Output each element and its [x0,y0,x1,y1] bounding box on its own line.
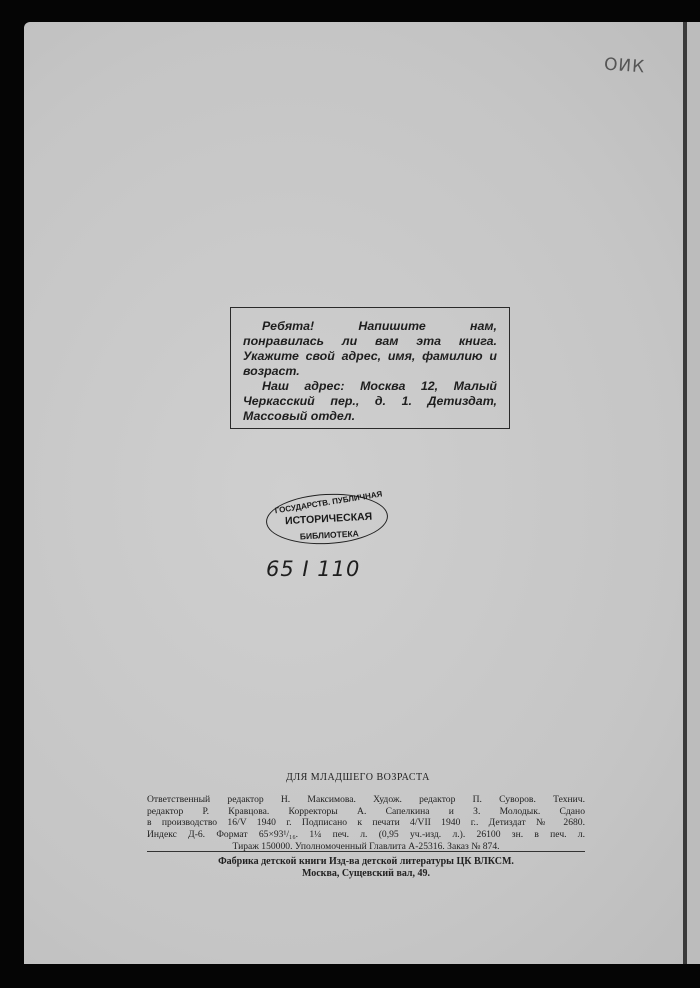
colophon-line: редактор Р. Кравцова. Корректоры А. Сапе… [147,806,585,818]
printer-info: Фабрика детской книги Изд-ва детской лит… [147,856,585,880]
facing-page-edge [687,22,700,964]
handwritten-note: ОИК [603,55,645,78]
stamp-line-middle: ИСТОРИЧЕСКАЯ [285,511,373,528]
stamp-line-bottom: БИБЛИОТЕКА [300,528,359,541]
colophon-line: Ответственный редактор Н. Максимова. Худ… [147,794,585,806]
colophon-line: Индекс Д-6. Формат 65×93¹/₁₆. 1¼ печ. л.… [147,829,585,841]
notice-paragraph-2: Наш адрес: Москва 12, Малый Черкасский п… [243,379,497,424]
colophon: Ответственный редактор Н. Максимова. Худ… [147,794,585,853]
reader-notice-box: Ребята! Напишите нам, понравилась ли вам… [230,307,510,429]
inventory-number: 65 I 110 [266,557,360,581]
notice-paragraph-1: Ребята! Напишите нам, понравилась ли вам… [243,319,497,379]
printer-line-2: Москва, Сущевский вал, 49. [147,868,585,880]
colophon-line: в производство 16/V 1940 г. Подписано к … [147,817,585,829]
age-group-label: ДЛЯ МЛАДШЕГО ВОЗРАСТА [286,772,430,783]
divider-rule [147,851,585,852]
printer-line-1: Фабрика детской книги Изд-ва детской лит… [147,856,585,868]
